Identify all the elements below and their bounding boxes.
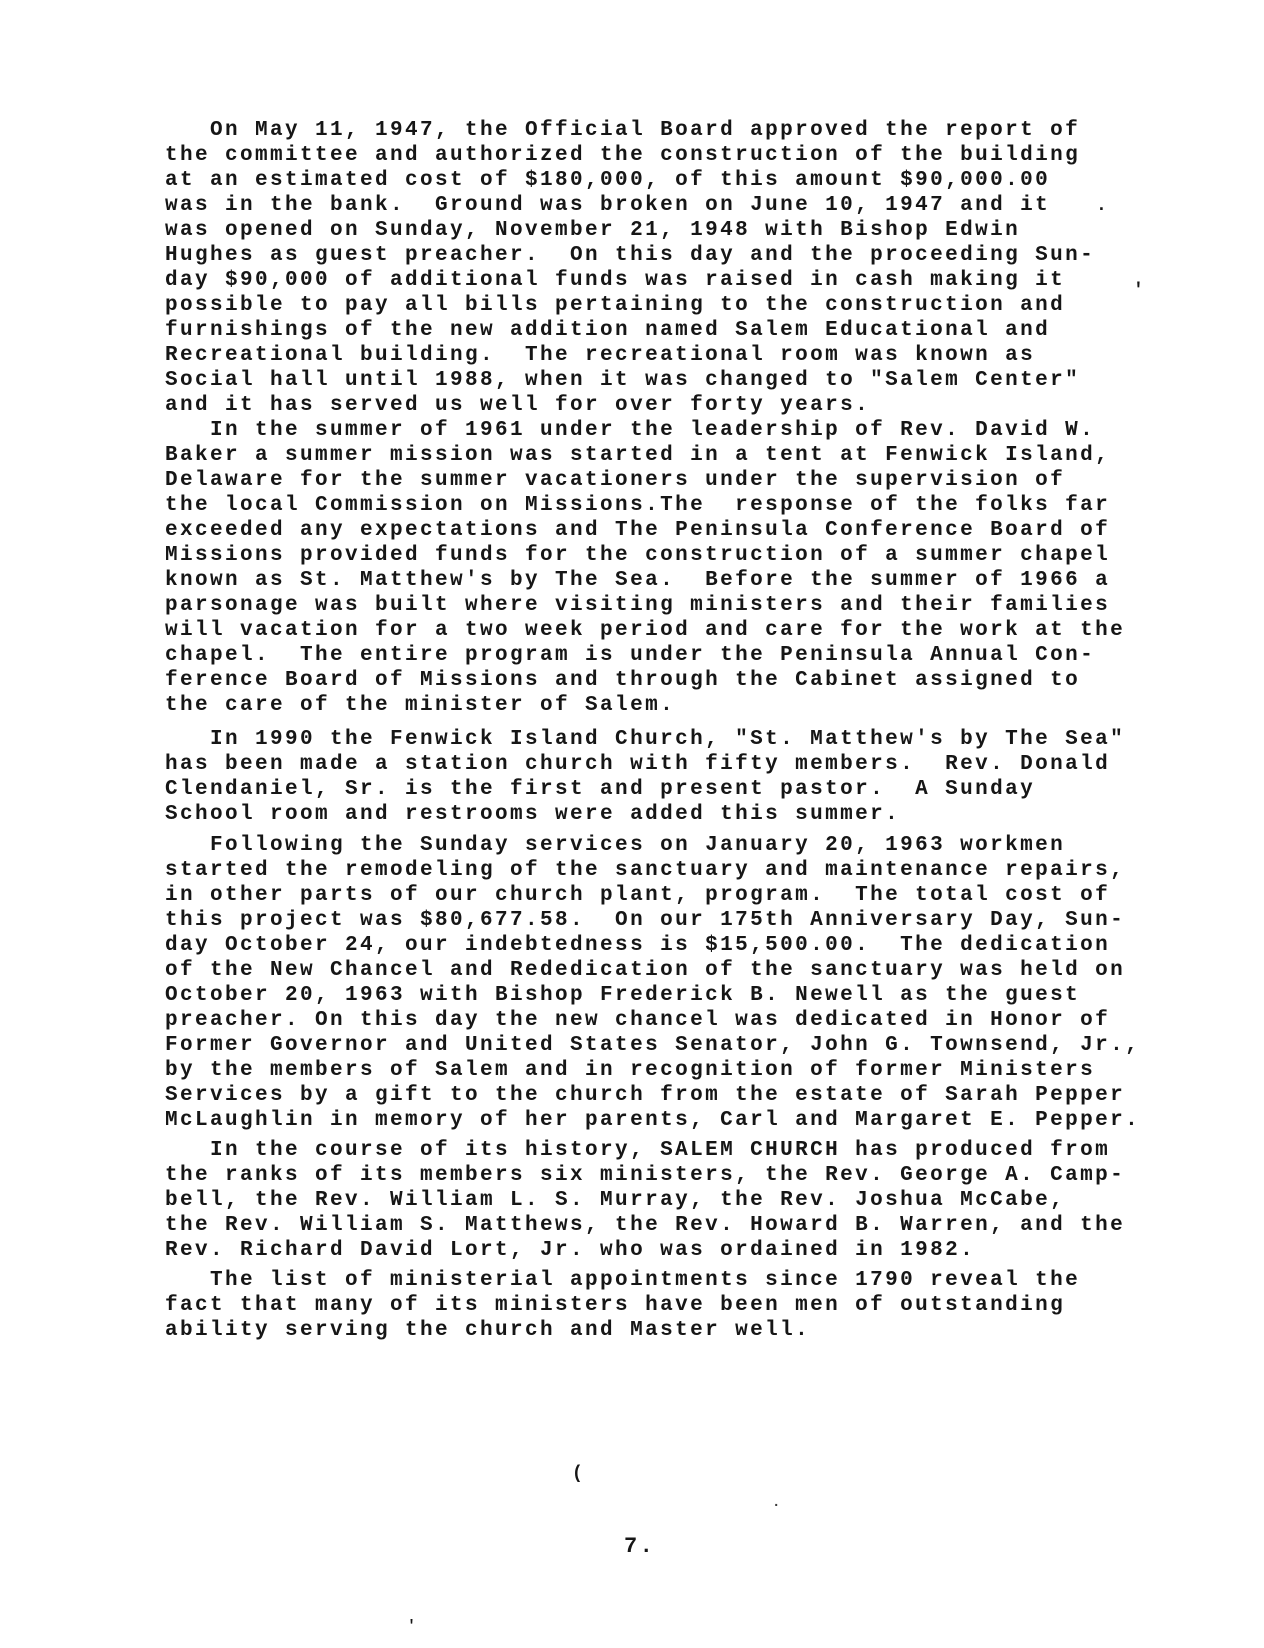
text-block: On May 11, 1947, the Official Board appr… [165,118,1140,1343]
stray-ink-mark: ( [572,1464,583,1484]
paragraph-6: The list of ministerial appointments sin… [165,1268,1140,1343]
stray-ink-mark: ' [407,1618,416,1635]
page-number: 7. [624,1534,655,1559]
document-page: On May 11, 1947, the Official Board appr… [0,0,1264,1648]
paragraph-1: On May 11, 1947, the Official Board appr… [165,118,1140,418]
paragraph-5: In the course of its history, SALEM CHUR… [165,1138,1140,1263]
stray-ink-mark: ' [1133,281,1144,301]
paragraph-4: Following the Sunday services on January… [165,833,1140,1133]
stray-ink-mark: . [772,1495,780,1511]
paragraph-3: In 1990 the Fenwick Island Church, "St. … [165,727,1140,827]
paragraph-2: In the summer of 1961 under the leadersh… [165,418,1140,718]
stray-ink-mark: . [1096,196,1107,216]
